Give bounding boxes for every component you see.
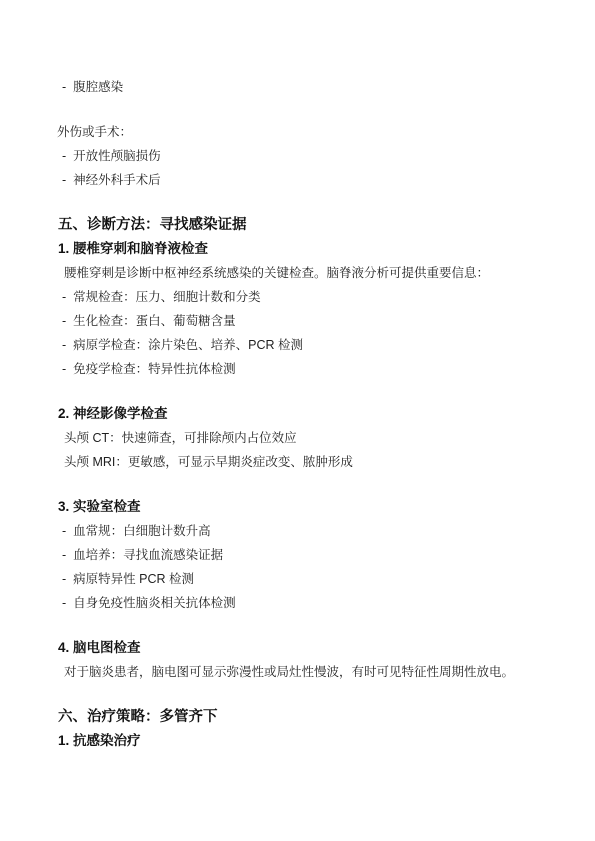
- subsection-heading-text: 1. 腰椎穿刺和脑脊液检查: [58, 241, 208, 256]
- bullet-text: 免疫学检查：特异性抗体检测: [73, 362, 236, 376]
- bullet-marker: -: [62, 80, 66, 94]
- bullet-item: -生化检查：蛋白、葡萄糖含量: [57, 309, 545, 333]
- paragraph-text: 外伤或手术：: [57, 125, 132, 139]
- bullet-text: 腹腔感染: [73, 80, 123, 94]
- bullet-marker: -: [62, 149, 66, 163]
- bullet-text: 自身免疫性脑炎相关抗体检测: [73, 596, 236, 610]
- bullet-marker: -: [62, 548, 66, 562]
- paragraph-text: 头颅 MRI：更敏感，可显示早期炎症改变、脓肿形成: [64, 455, 353, 469]
- bullet-marker: -: [62, 596, 66, 610]
- bullet-text: 病原学检查：涂片染色、培养、PCR 检测: [73, 338, 303, 352]
- bullet-text: 血常规：白细胞计数升高: [73, 524, 211, 538]
- bullet-marker: -: [62, 290, 66, 304]
- bullet-item: -常规检查：压力、细胞计数和分类: [57, 285, 545, 309]
- subsection-heading-text: 4. 脑电图检查: [58, 640, 141, 655]
- document-page: -腹腔感染 外伤或手术： -开放性颅脑损伤-神经外科手术后 五、诊断方法：寻找感…: [0, 0, 595, 841]
- bullet-text: 生化检查：蛋白、葡萄糖含量: [73, 314, 236, 328]
- paragraph-spacer: [57, 615, 545, 636]
- bullet-item: -自身免疫性脑炎相关抗体检测: [57, 591, 545, 615]
- subsection-heading-text: 3. 实验室检查: [58, 499, 141, 514]
- paragraph-spacer: [57, 99, 545, 120]
- subsection-heading: 1. 腰椎穿刺和脑脊液检查: [57, 237, 545, 261]
- subsection-heading: 2. 神经影像学检查: [57, 402, 545, 426]
- bullet-marker: -: [62, 362, 66, 376]
- bullet-marker: -: [62, 338, 66, 352]
- paragraph-spacer: [57, 381, 545, 402]
- paragraph-text: 对于脑炎患者，脑电图可显示弥漫性或局灶性慢波，有时可见特征性周期性放电。: [64, 665, 514, 679]
- bullet-text: 病原特异性 PCR 检测: [73, 572, 194, 586]
- bullet-marker: -: [62, 314, 66, 328]
- section-heading: 六、治疗策略：多管齐下: [57, 705, 545, 729]
- bullet-item: -病原特异性 PCR 检测: [57, 567, 545, 591]
- bullet-item: -开放性颅脑损伤: [57, 144, 545, 168]
- subsection-heading: 1. 抗感染治疗: [57, 729, 545, 753]
- paragraph-text: 腰椎穿刺是诊断中枢神经系统感染的关键检查。脑脊液分析可提供重要信息：: [64, 266, 489, 280]
- bullet-text: 常规检查：压力、细胞计数和分类: [73, 290, 261, 304]
- bullet-item: -腹腔感染: [57, 75, 545, 99]
- bullet-text: 神经外科手术后: [73, 173, 161, 187]
- subsection-heading: 4. 脑电图检查: [57, 636, 545, 660]
- subsection-heading-text: 2. 神经影像学检查: [58, 406, 168, 421]
- bullet-item: -血培养：寻找血流感染证据: [57, 543, 545, 567]
- section-heading-text: 六、治疗策略：多管齐下: [58, 709, 218, 725]
- bullet-item: -血常规：白细胞计数升高: [57, 519, 545, 543]
- paragraph-text: 头颅 CT：快速筛查，可排除颅内占位效应: [64, 431, 297, 445]
- paragraph: 头颅 MRI：更敏感，可显示早期炎症改变、脓肿形成: [57, 450, 545, 474]
- subsection-heading-text: 1. 抗感染治疗: [58, 733, 141, 748]
- bullet-text: 开放性颅脑损伤: [73, 149, 161, 163]
- paragraph-spacer: [57, 474, 545, 495]
- subsection-heading: 3. 实验室检查: [57, 495, 545, 519]
- paragraph: 对于脑炎患者，脑电图可显示弥漫性或局灶性慢波，有时可见特征性周期性放电。: [57, 660, 545, 684]
- section-heading: 五、诊断方法：寻找感染证据: [57, 213, 545, 237]
- bullet-item: -免疫学检查：特异性抗体检测: [57, 357, 545, 381]
- bullet-item: -病原学检查：涂片染色、培养、PCR 检测: [57, 333, 545, 357]
- paragraph-spacer: [57, 684, 545, 705]
- bullet-text: 血培养：寻找血流感染证据: [73, 548, 223, 562]
- paragraph-spacer: [57, 192, 545, 213]
- paragraph: 头颅 CT：快速筛查，可排除颅内占位效应: [57, 426, 545, 450]
- paragraph: 腰椎穿刺是诊断中枢神经系统感染的关键检查。脑脊液分析可提供重要信息：: [57, 261, 545, 285]
- paragraph: 外伤或手术：: [57, 120, 545, 144]
- section-heading-text: 五、诊断方法：寻找感染证据: [58, 217, 247, 233]
- bullet-item: -神经外科手术后: [57, 168, 545, 192]
- bullet-marker: -: [62, 173, 66, 187]
- bullet-marker: -: [62, 524, 66, 538]
- bullet-marker: -: [62, 572, 66, 586]
